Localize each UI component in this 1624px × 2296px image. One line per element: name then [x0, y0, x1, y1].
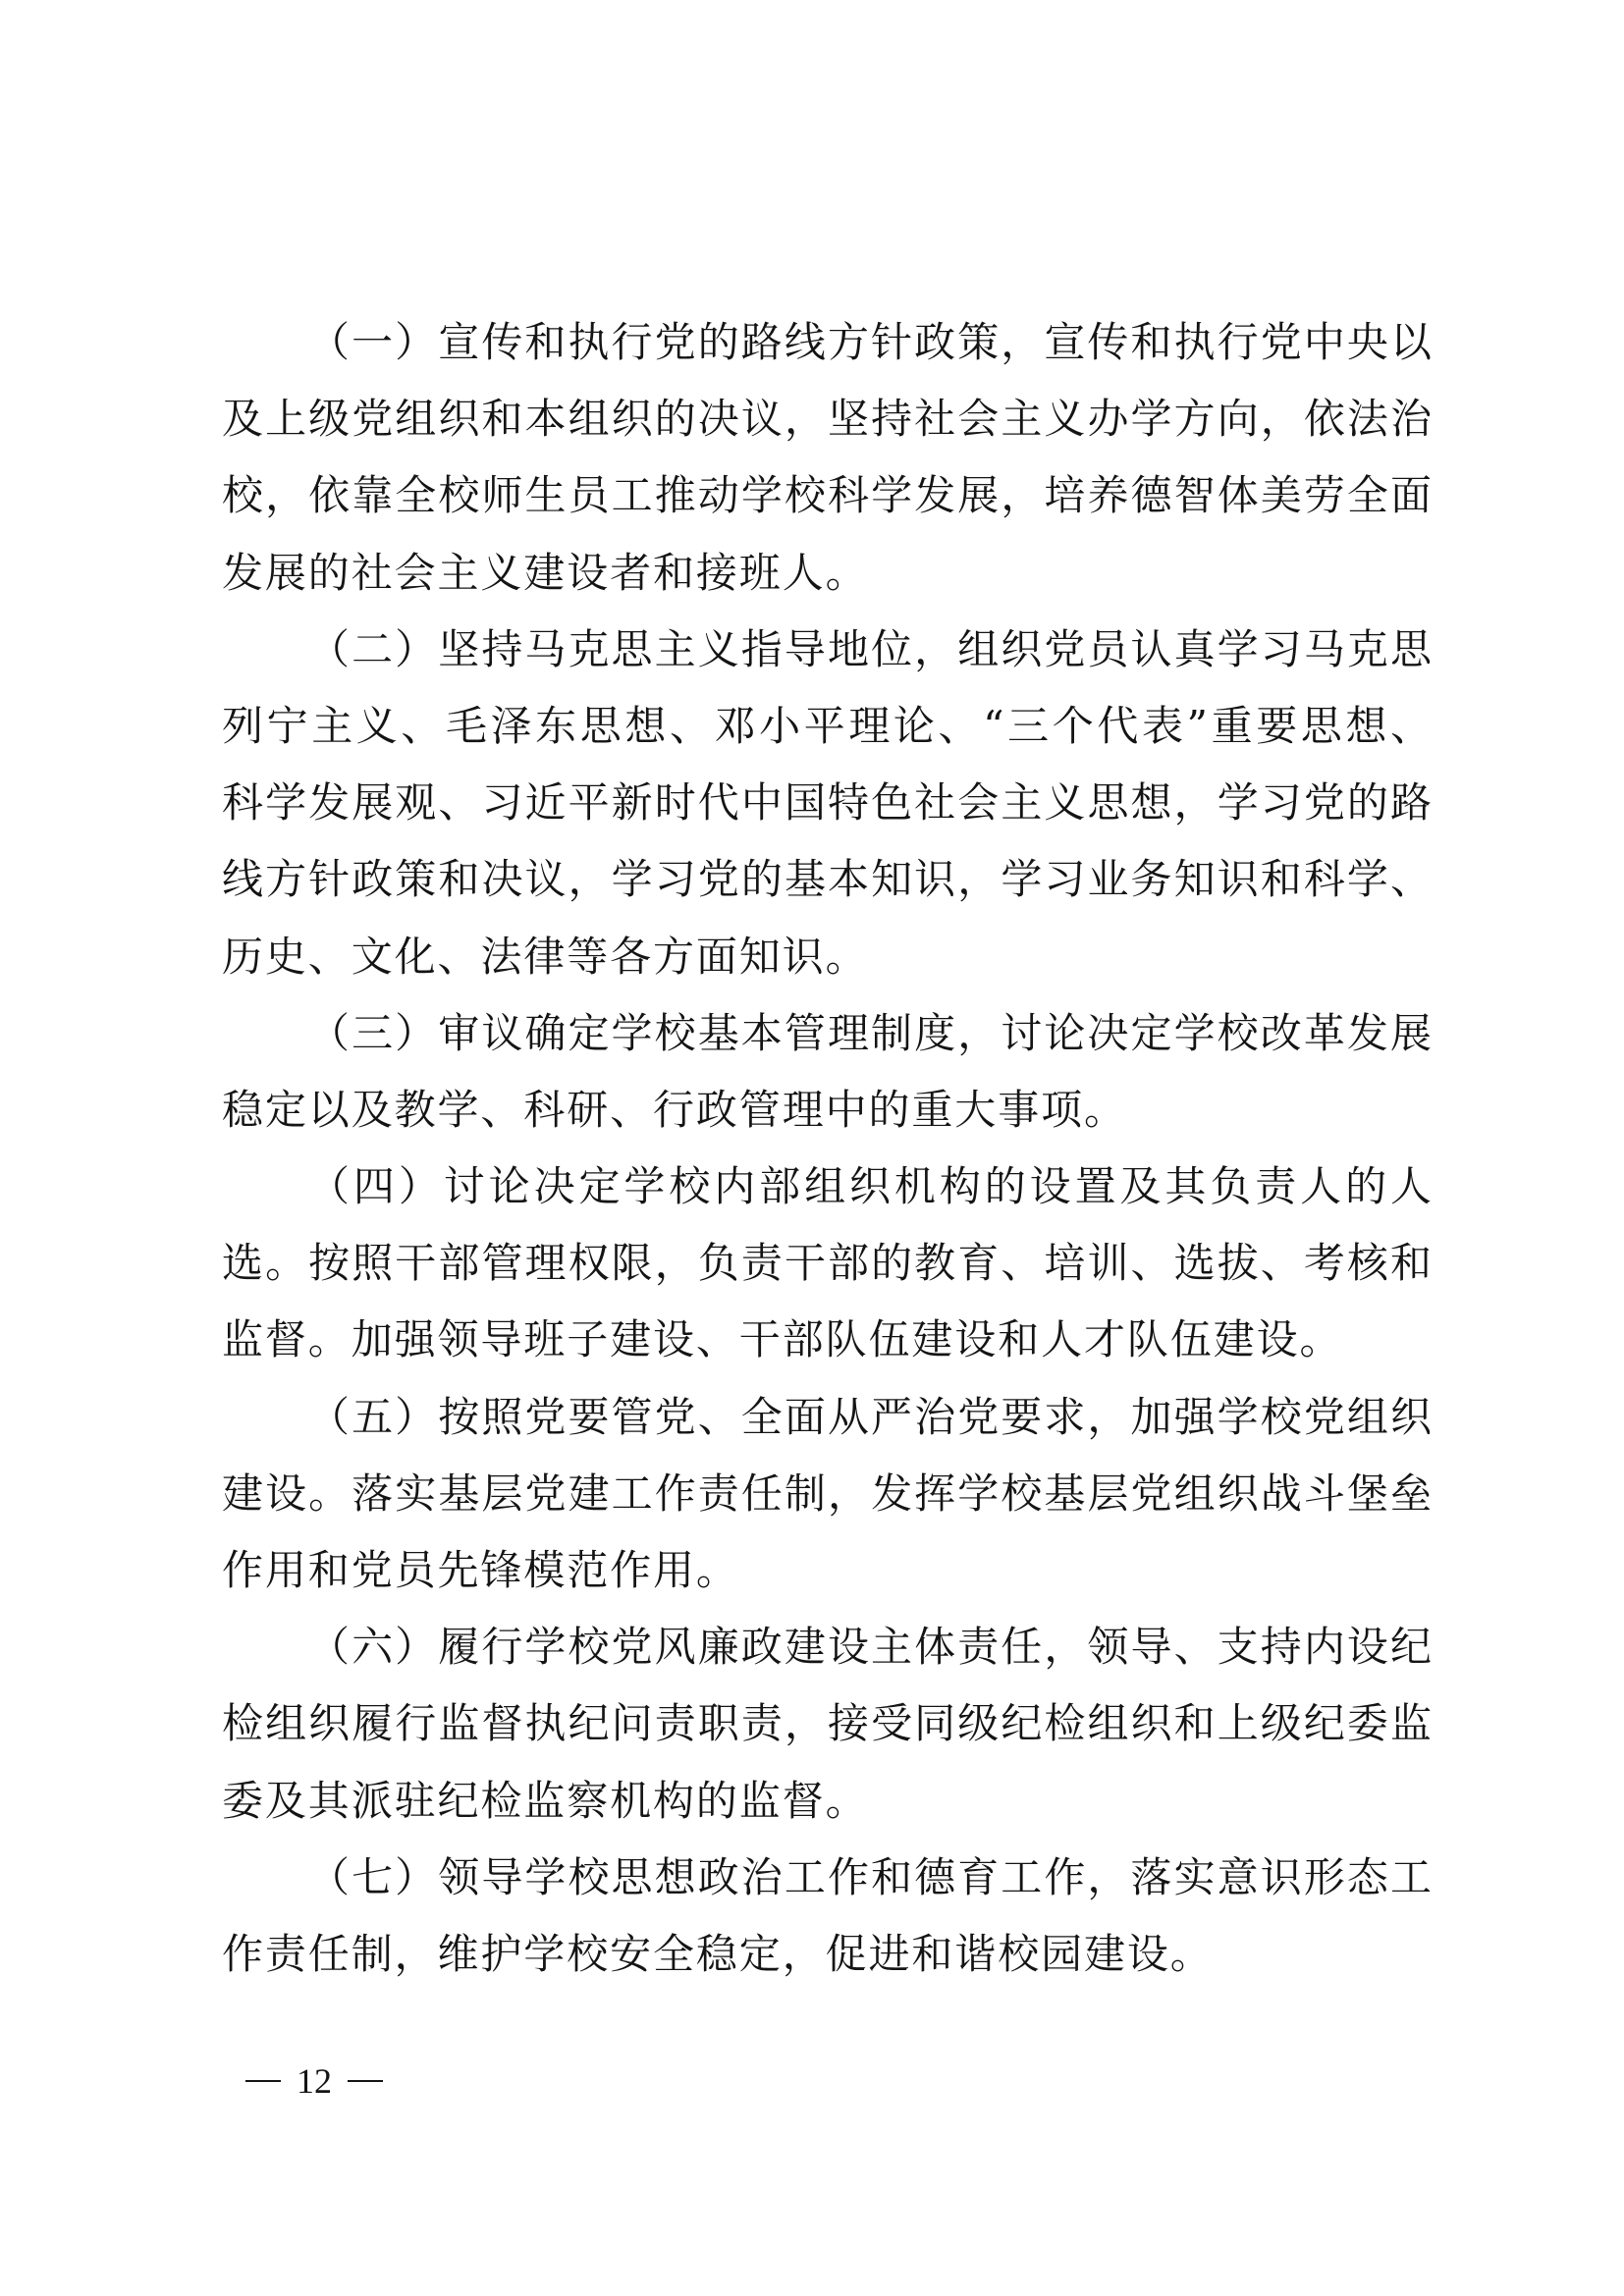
- paragraph-line: 监督。加强领导班子建设、干部队伍建设和人才队伍建设。: [222, 1302, 1432, 1378]
- paragraph-line: 发展的社会主义建设者和接班人。: [222, 535, 1432, 612]
- paragraph-4: （四）讨论决定学校内部组织机构的设置及其负责人的人 选。按照干部管理权限，负责干…: [222, 1148, 1432, 1379]
- paragraph-line: 作用和党员先锋模范作用。: [222, 1532, 1432, 1609]
- paragraph-line: （二）坚持马克思主义指导地位，组织党员认真学习马克思: [222, 612, 1432, 688]
- page-number-value: 12: [297, 2057, 332, 2105]
- paragraph-line: 列宁主义、毛泽东思想、邓小平理论、“三个代表”重要思想、: [222, 688, 1432, 765]
- page-number-dash-left: [245, 2080, 281, 2082]
- paragraph-line: （四）讨论决定学校内部组织机构的设置及其负责人的人: [222, 1148, 1432, 1225]
- paragraph-7: （七）领导学校思想政治工作和德育工作，落实意识形态工 作责任制，维护学校安全稳定…: [222, 1840, 1432, 1993]
- paragraph-line: 作责任制，维护学校安全稳定，促进和谐校园建设。: [222, 1916, 1432, 1993]
- paragraph-line: （三）审议确定学校基本管理制度，讨论决定学校改革发展: [222, 995, 1432, 1072]
- paragraph-line: （六）履行学校党风廉政建设主体责任，领导、支持内设纪: [222, 1609, 1432, 1685]
- paragraph-2: （二）坚持马克思主义指导地位，组织党员认真学习马克思 列宁主义、毛泽东思想、邓小…: [222, 612, 1432, 995]
- paragraph-line: 建设。落实基层党建工作责任制，发挥学校基层党组织战斗堡垒: [222, 1456, 1432, 1532]
- paragraph-1: （一）宣传和执行党的路线方针政策，宣传和执行党中央以 及上级党组织和本组织的决议…: [222, 304, 1432, 612]
- page-number-dash-right: [348, 2080, 383, 2082]
- body-text: （一）宣传和执行党的路线方针政策，宣传和执行党中央以 及上级党组织和本组织的决议…: [222, 304, 1432, 1993]
- paragraph-6: （六）履行学校党风廉政建设主体责任，领导、支持内设纪 检组织履行监督执纪问责职责…: [222, 1609, 1432, 1840]
- paragraph-line: 科学发展观、习近平新时代中国特色社会主义思想，学习党的路: [222, 765, 1432, 841]
- paragraph-line: 校，依靠全校师生员工推动学校科学发展，培养德智体美劳全面: [222, 457, 1432, 534]
- paragraph-line: 委及其派驻纪检监察机构的监督。: [222, 1763, 1432, 1840]
- document-page: （一）宣传和执行党的路线方针政策，宣传和执行党中央以 及上级党组织和本组织的决议…: [0, 0, 1624, 2296]
- paragraph-line: 线方针政策和决议，学习党的基本知识，学习业务知识和科学、: [222, 841, 1432, 918]
- paragraph-line: （五）按照党要管党、全面从严治党要求，加强学校党组织: [222, 1379, 1432, 1456]
- paragraph-5: （五）按照党要管党、全面从严治党要求，加强学校党组织 建设。落实基层党建工作责任…: [222, 1379, 1432, 1610]
- paragraph-line: 选。按照干部管理权限，负责干部的教育、培训、选拔、考核和: [222, 1225, 1432, 1302]
- page-number: 12: [245, 2057, 383, 2105]
- paragraph-line: 检组织履行监督执纪问责职责，接受同级纪检组织和上级纪委监: [222, 1685, 1432, 1762]
- paragraph-line: （七）领导学校思想政治工作和德育工作，落实意识形态工: [222, 1840, 1432, 1916]
- paragraph-line: 历史、文化、法律等各方面知识。: [222, 919, 1432, 995]
- paragraph-line: 及上级党组织和本组织的决议，坚持社会主义办学方向，依法治: [222, 381, 1432, 457]
- paragraph-line: （一）宣传和执行党的路线方针政策，宣传和执行党中央以: [222, 304, 1432, 381]
- paragraph-3: （三）审议确定学校基本管理制度，讨论决定学校改革发展 稳定以及教学、科研、行政管…: [222, 995, 1432, 1148]
- paragraph-line: 稳定以及教学、科研、行政管理中的重大事项。: [222, 1072, 1432, 1148]
